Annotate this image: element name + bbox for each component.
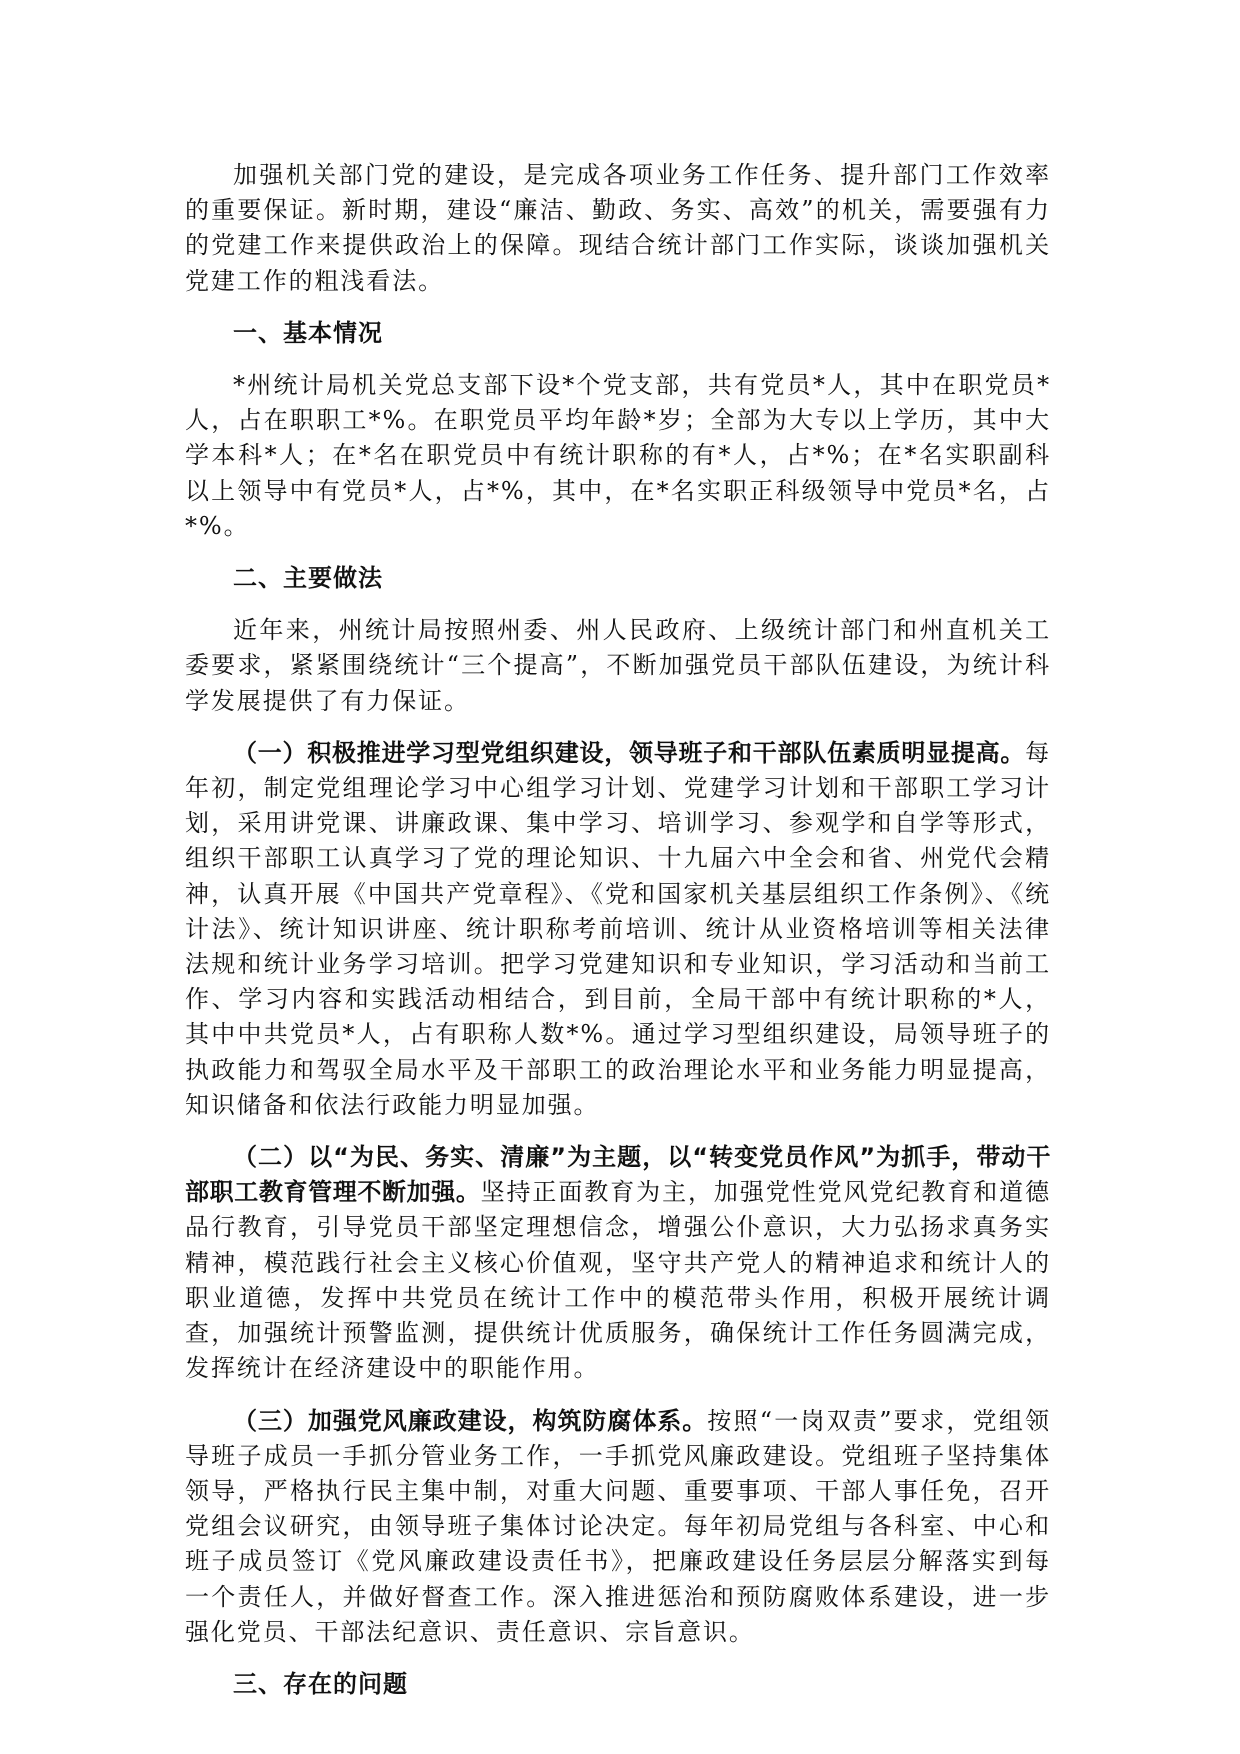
section-heading-basic-situation: 一、基本情况 [185,316,1051,351]
intro-paragraph: 加强机关部门党的建设，是完成各项业务工作任务、提升部门工作效率的重要保证。新时期… [185,158,1051,299]
subsection-body: 坚持正面教育为主，加强党性党风党纪教育和道德品行教育，引导党员干部坚定理想信念，… [185,1178,1051,1382]
section-heading-existing-problems: 三、存在的问题 [185,1667,1051,1702]
subsection-lead: （三）加强党风廉政建设，构筑防腐体系。 [233,1407,707,1435]
subsection-body: 每年初，制定党组理论学习中心组学习计划、党建学习计划和干部职工学习计划，采用讲党… [185,739,1051,1119]
main-practices-paragraph: 近年来，州统计局按照州委、州人民政府、上级统计部门和州直机关工委要求，紧紧围绕统… [185,613,1051,719]
subsection-lead: （一）积极推进学习型党组织建设，领导班子和干部队伍素质明显提高。 [233,739,1025,767]
subsection-anti-corruption: （三）加强党风廉政建设，构筑防腐体系。按照“一岗双责”要求，党组领导班子成员一手… [185,1404,1051,1650]
document-page: 加强机关部门党的建设，是完成各项业务工作任务、提升部门工作效率的重要保证。新时期… [185,158,1051,1719]
section-heading-main-practices: 二、主要做法 [185,561,1051,596]
subsection-learning-organization: （一）积极推进学习型党组织建设，领导班子和干部队伍素质明显提高。每年初，制定党组… [185,736,1051,1123]
subsection-work-style: （二）以“为民、务实、清廉”为主题，以“转变党员作风”为抓手，带动干部职工教育管… [185,1140,1051,1386]
basic-situation-paragraph: *州统计局机关党总支部下设*个党支部，共有党员*人，其中在职党员*人，占在职职工… [185,368,1051,544]
subsection-body: 按照“一岗双责”要求，党组领导班子成员一手抓分管业务工作，一手抓党风廉政建设。党… [185,1407,1051,1646]
